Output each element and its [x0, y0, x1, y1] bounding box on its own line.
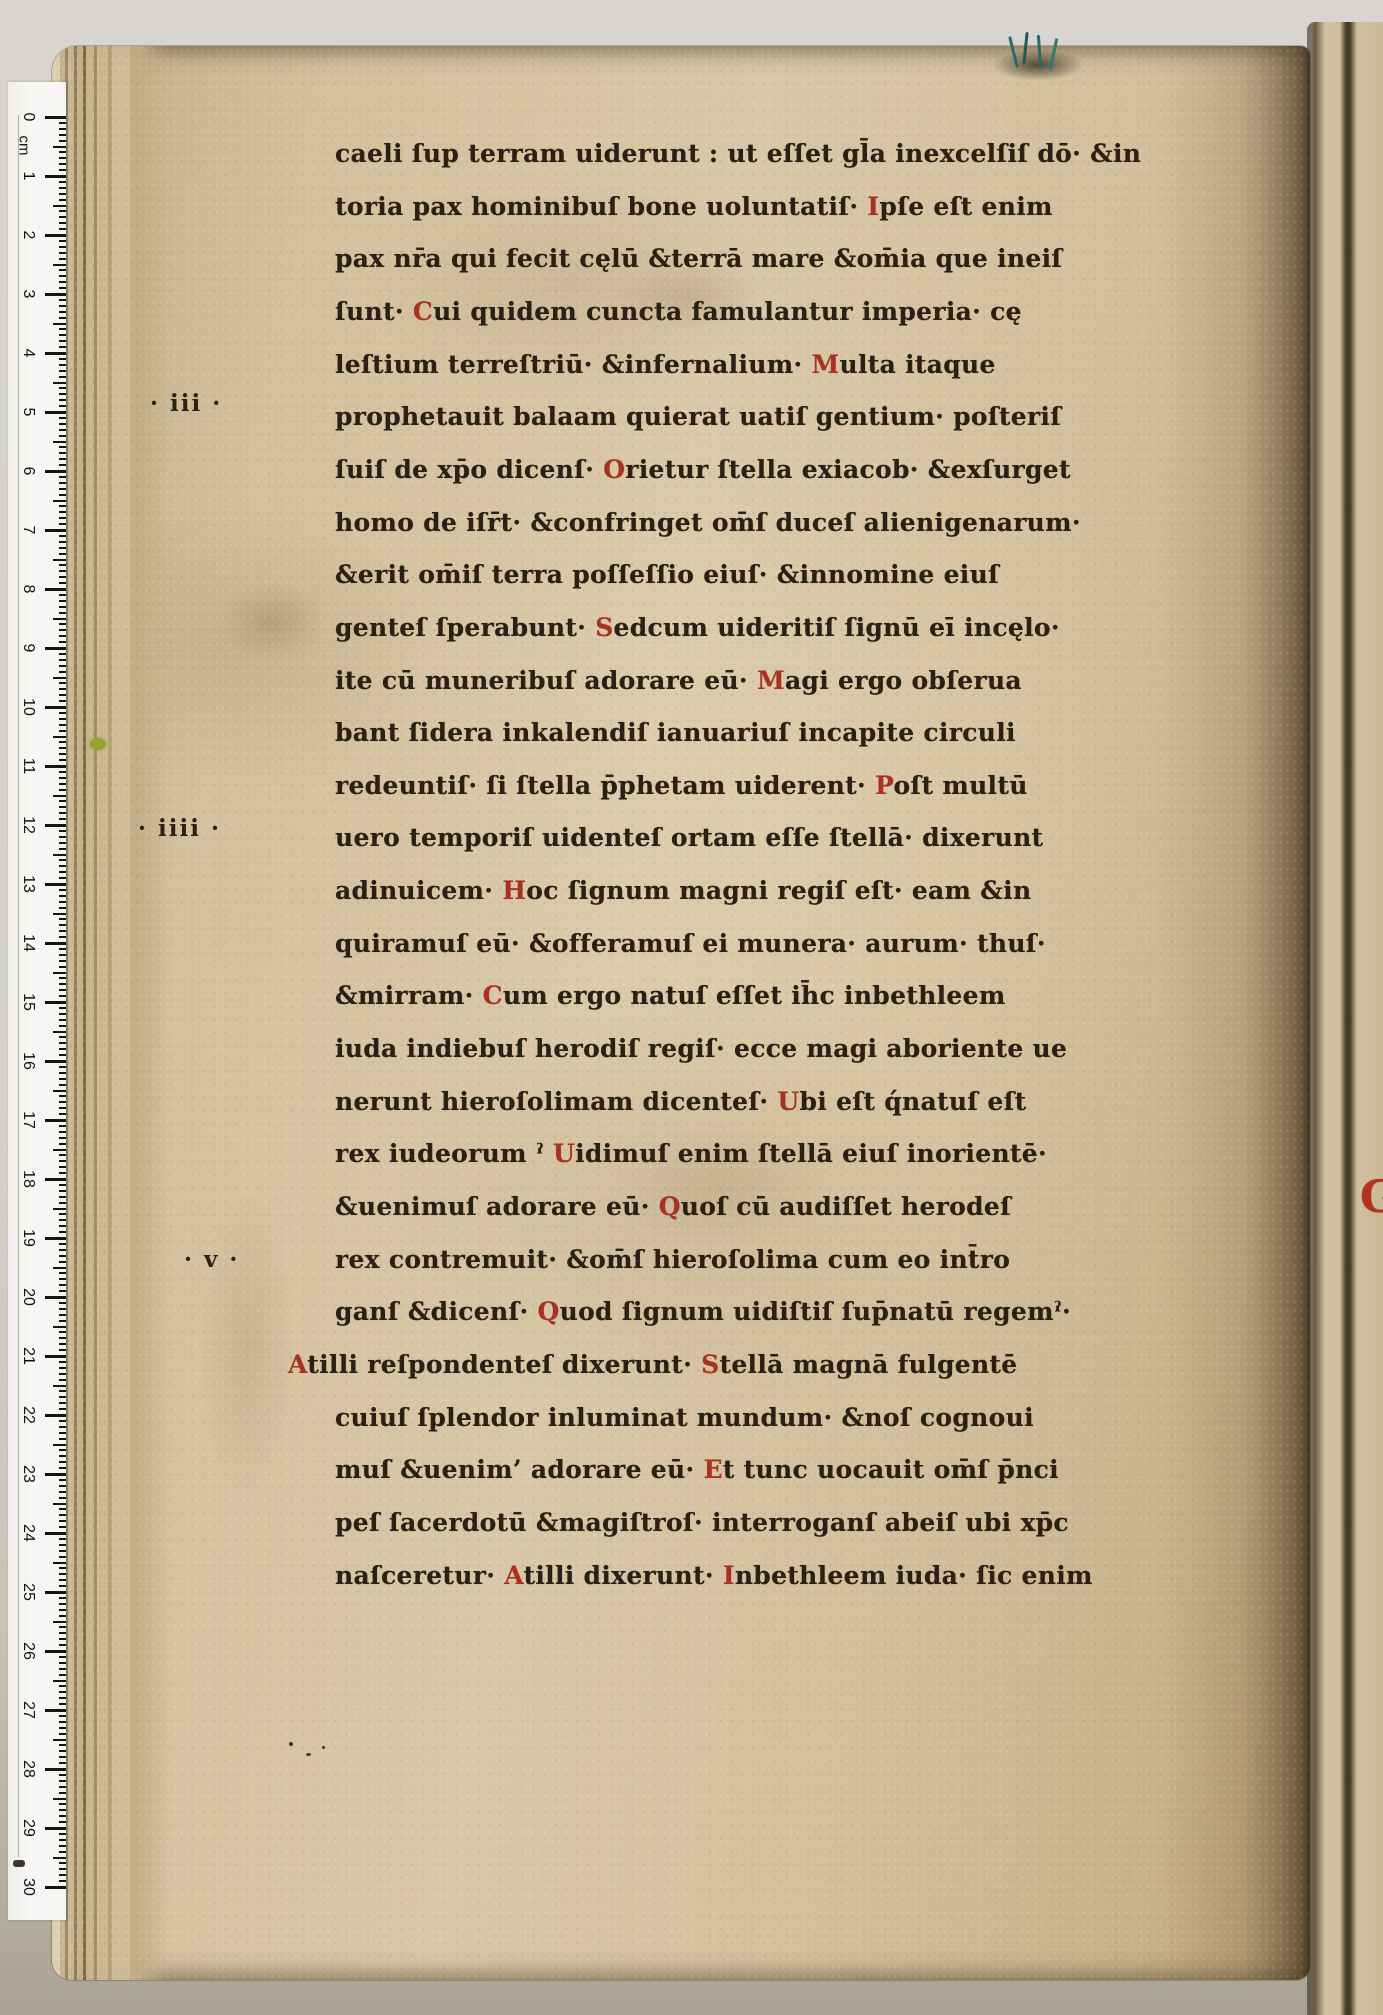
- manuscript-text-line: bant ſidera inkalendiſ ianuariuſ incapit…: [335, 720, 1016, 745]
- manuscript-text-line: redeuntiſ· ſi ſtella p̄phetam uiderent· …: [335, 773, 1028, 798]
- dust-speck: [306, 1753, 311, 1756]
- text-segment: tellā magnā fulgentē: [719, 1350, 1017, 1379]
- manuscript-text-line: rex contremuit· &om̄ſ hieroſolima cum eo…: [335, 1247, 1010, 1272]
- manuscript-text-line: Atilli reſpondenteſ dixerunt· Stellā mag…: [288, 1352, 1017, 1377]
- margin-roman-numeral: · iii ·: [150, 392, 222, 415]
- rubricated-initial: E: [703, 1455, 722, 1484]
- text-segment: redeuntiſ· ſi ſtella p̄phetam uiderent·: [335, 771, 875, 800]
- rubricated-initial: M: [757, 666, 785, 695]
- text-segment: idimuſ enim ſtellā eiuſ inorientē·: [575, 1139, 1047, 1168]
- manuscript-text-line: peſ ſacerdotū &magiſtroſ· interroganſ ab…: [335, 1510, 1069, 1535]
- text-segment: bi eſt q́natuſ eſt: [800, 1087, 1027, 1116]
- text-segment: ulta itaque: [839, 350, 995, 379]
- text-segment: edcum uideritiſ ſignū eī incęlo·: [614, 613, 1060, 642]
- manuscript-text-line: pax nr̄a qui fecit cęlū &terrā mare &om̄…: [335, 246, 1062, 271]
- margin-roman-numeral: · v ·: [184, 1248, 239, 1271]
- text-segment: rietur ſtella exiacob· &exſurget: [625, 455, 1071, 484]
- manuscript-text-line: ſunt· Cui quidem cuncta famulantur imper…: [335, 299, 1022, 324]
- text-segment: ganſ &dicenſ·: [335, 1297, 538, 1326]
- dust-speck: [289, 1742, 293, 1746]
- moss-speck: [90, 738, 106, 750]
- text-segment: oſt multū: [893, 771, 1027, 800]
- text-segment: toria pax hominibuſ bone uoluntatiſ·: [335, 192, 867, 221]
- text-segment: iuda indiebuſ herodiſ regiſ· ecce magi a…: [335, 1034, 1067, 1063]
- text-segment: muſ &uenim’ adorare eū·: [335, 1455, 703, 1484]
- manuscript-text-line: rex iudeorum ˀ Uidimuſ enim ſtellā eiuſ …: [335, 1141, 1047, 1166]
- text-segment: ſunt·: [335, 297, 413, 326]
- rubricated-initial: I: [723, 1561, 735, 1590]
- text-segment: rex iudeorum ˀ: [335, 1139, 553, 1168]
- rubricated-initial: A: [288, 1350, 307, 1379]
- text-segment: nbethleem iuda· ſic enim: [735, 1561, 1093, 1590]
- photo-stage: G 01234567891011121314151617181920212223…: [0, 0, 1383, 2015]
- text-segment: &uenimuſ adorare eū·: [335, 1192, 659, 1221]
- margin-roman-numeral: · iiii ·: [138, 817, 221, 840]
- text-segment: homo de iſr̄t· &confringet om̄ſ duceſ al…: [335, 508, 1081, 537]
- text-segment: &mirram·: [335, 981, 483, 1010]
- rubricated-initial: S: [701, 1350, 719, 1379]
- text-segment: prophetauit balaam quierat uatiſ gentium…: [335, 402, 1061, 431]
- text-segment: bant ſidera inkalendiſ ianuariuſ incapit…: [335, 718, 1016, 747]
- manuscript-text-line: ganſ &dicenſ· Quod ſignum uidiſtiſ ſup̄n…: [335, 1299, 1071, 1324]
- text-segment: cuiuſ ſplendor inluminat mundum· &noſ co…: [335, 1403, 1034, 1432]
- text-segment: adinuicem·: [335, 876, 502, 905]
- rubricated-initial: M: [811, 350, 839, 379]
- rubricated-initial: I: [867, 192, 879, 221]
- text-segment: ui quidem cuncta famulantur imperia· cę: [433, 297, 1022, 326]
- rubricated-initial: U: [777, 1087, 799, 1116]
- text-segment: oc ſignum magni regiſ eſt· eam &in: [526, 876, 1031, 905]
- text-segment: tilli reſpondenteſ dixerunt·: [307, 1350, 701, 1379]
- text-segment: quiramuſ eū· &offeramuſ ei munera· aurum…: [335, 929, 1046, 958]
- rubricated-initial: O: [603, 455, 625, 484]
- manuscript-text-line: cuiuſ ſplendor inluminat mundum· &noſ co…: [335, 1405, 1034, 1430]
- rubricated-initial: C: [483, 981, 503, 1010]
- text-segment: pſe eſt enim: [879, 192, 1052, 221]
- text-segment: uoſ cū audiſſet herodeſ: [681, 1192, 1011, 1221]
- manuscript-text-line: adinuicem· Hoc ſignum magni regiſ eſt· e…: [335, 878, 1031, 903]
- manuscript-text-line: homo de iſr̄t· &confringet om̄ſ duceſ al…: [335, 510, 1081, 535]
- text-segment: um ergo natuſ eſſet ih̄c inbethleem: [503, 981, 1006, 1010]
- text-segment: pax nr̄a qui fecit cęlū &terrā mare &om̄…: [335, 244, 1062, 273]
- manuscript-text-line: genteſ ſperabunt· Sedcum uideritiſ ſignū…: [335, 615, 1060, 640]
- text-segment: agi ergo obſerua: [785, 666, 1022, 695]
- text-segment: tilli dixerunt·: [524, 1561, 723, 1590]
- rubricated-initial: C: [413, 297, 433, 326]
- rubricated-initial: Q: [659, 1192, 681, 1221]
- rubricated-initial: P: [875, 771, 893, 800]
- rubricated-initial: A: [504, 1561, 523, 1590]
- text-segment: ſuiſ de xp̄o dicenſ·: [335, 455, 603, 484]
- text-segment: caeli ſup terram uiderunt : ut eſſet gl̄…: [335, 139, 1141, 168]
- manuscript-text-line: uero temporiſ uidenteſ ortam eſſe ſtellā…: [335, 825, 1043, 850]
- manuscript-text-line: caeli ſup terram uiderunt : ut eſſet gl̄…: [335, 141, 1141, 166]
- text-segment: leſtium terreſtriū· &infernalium·: [335, 350, 811, 379]
- manuscript-text-line: prophetauit balaam quierat uatiſ gentium…: [335, 404, 1061, 429]
- text-segment: peſ ſacerdotū &magiſtroſ· interroganſ ab…: [335, 1508, 1069, 1537]
- rubricated-initial: U: [553, 1139, 575, 1168]
- manuscript-text-line: iuda indiebuſ herodiſ regiſ· ecce magi a…: [335, 1036, 1067, 1061]
- manuscript-text-line: &mirram· Cum ergo natuſ eſſet ih̄c inbet…: [335, 983, 1006, 1008]
- text-segment: naſceretur·: [335, 1561, 504, 1590]
- rubricated-initial: H: [502, 876, 526, 905]
- rubricated-initial: S: [595, 613, 613, 642]
- text-segment: &erit om̄iſ terra poſſeſſio eiuſ· &innom…: [335, 560, 999, 589]
- manuscript-text-line: leſtium terreſtriū· &infernalium· Multa …: [335, 352, 996, 377]
- manuscript-text-line: ite cū muneribuſ adorare eū· Magi ergo o…: [335, 668, 1022, 693]
- manuscript-text-line: &uenimuſ adorare eū· Quoſ cū audiſſet he…: [335, 1194, 1011, 1219]
- manuscript-text-line: ſuiſ de xp̄o dicenſ· Orietur ſtella exia…: [335, 457, 1071, 482]
- manuscript-text-line: naſceretur· Atilli dixerunt· Inbethleem …: [335, 1563, 1093, 1588]
- manuscript-text-line: toria pax hominibuſ bone uoluntatiſ· Ipſ…: [335, 194, 1053, 219]
- manuscript-text-line: muſ &uenim’ adorare eū· Et tunc uocauit …: [335, 1457, 1059, 1482]
- text-segment: ite cū muneribuſ adorare eū·: [335, 666, 757, 695]
- text-segment: uod ſignum uidiſtiſ ſup̄natū regemˀ·: [560, 1297, 1071, 1326]
- dust-speck: [322, 1746, 325, 1749]
- manuscript-text-line: quiramuſ eū· &offeramuſ ei munera· aurum…: [335, 931, 1046, 956]
- rubricated-initial: Q: [538, 1297, 560, 1326]
- manuscript-text-line: &erit om̄iſ terra poſſeſſio eiuſ· &innom…: [335, 562, 999, 587]
- text-segment: nerunt hieroſolimam dicenteſ·: [335, 1087, 777, 1116]
- text-block: caeli ſup terram uiderunt : ut eſſet gl̄…: [0, 0, 1383, 2015]
- manuscript-text-line: nerunt hieroſolimam dicenteſ· Ubi eſt q́…: [335, 1089, 1026, 1114]
- text-segment: genteſ ſperabunt·: [335, 613, 595, 642]
- text-segment: rex contremuit· &om̄ſ hieroſolima cum eo…: [335, 1245, 1010, 1274]
- text-segment: uero temporiſ uidenteſ ortam eſſe ſtellā…: [335, 823, 1043, 852]
- text-segment: t tunc uocauit om̄ſ p̄nci: [723, 1455, 1059, 1484]
